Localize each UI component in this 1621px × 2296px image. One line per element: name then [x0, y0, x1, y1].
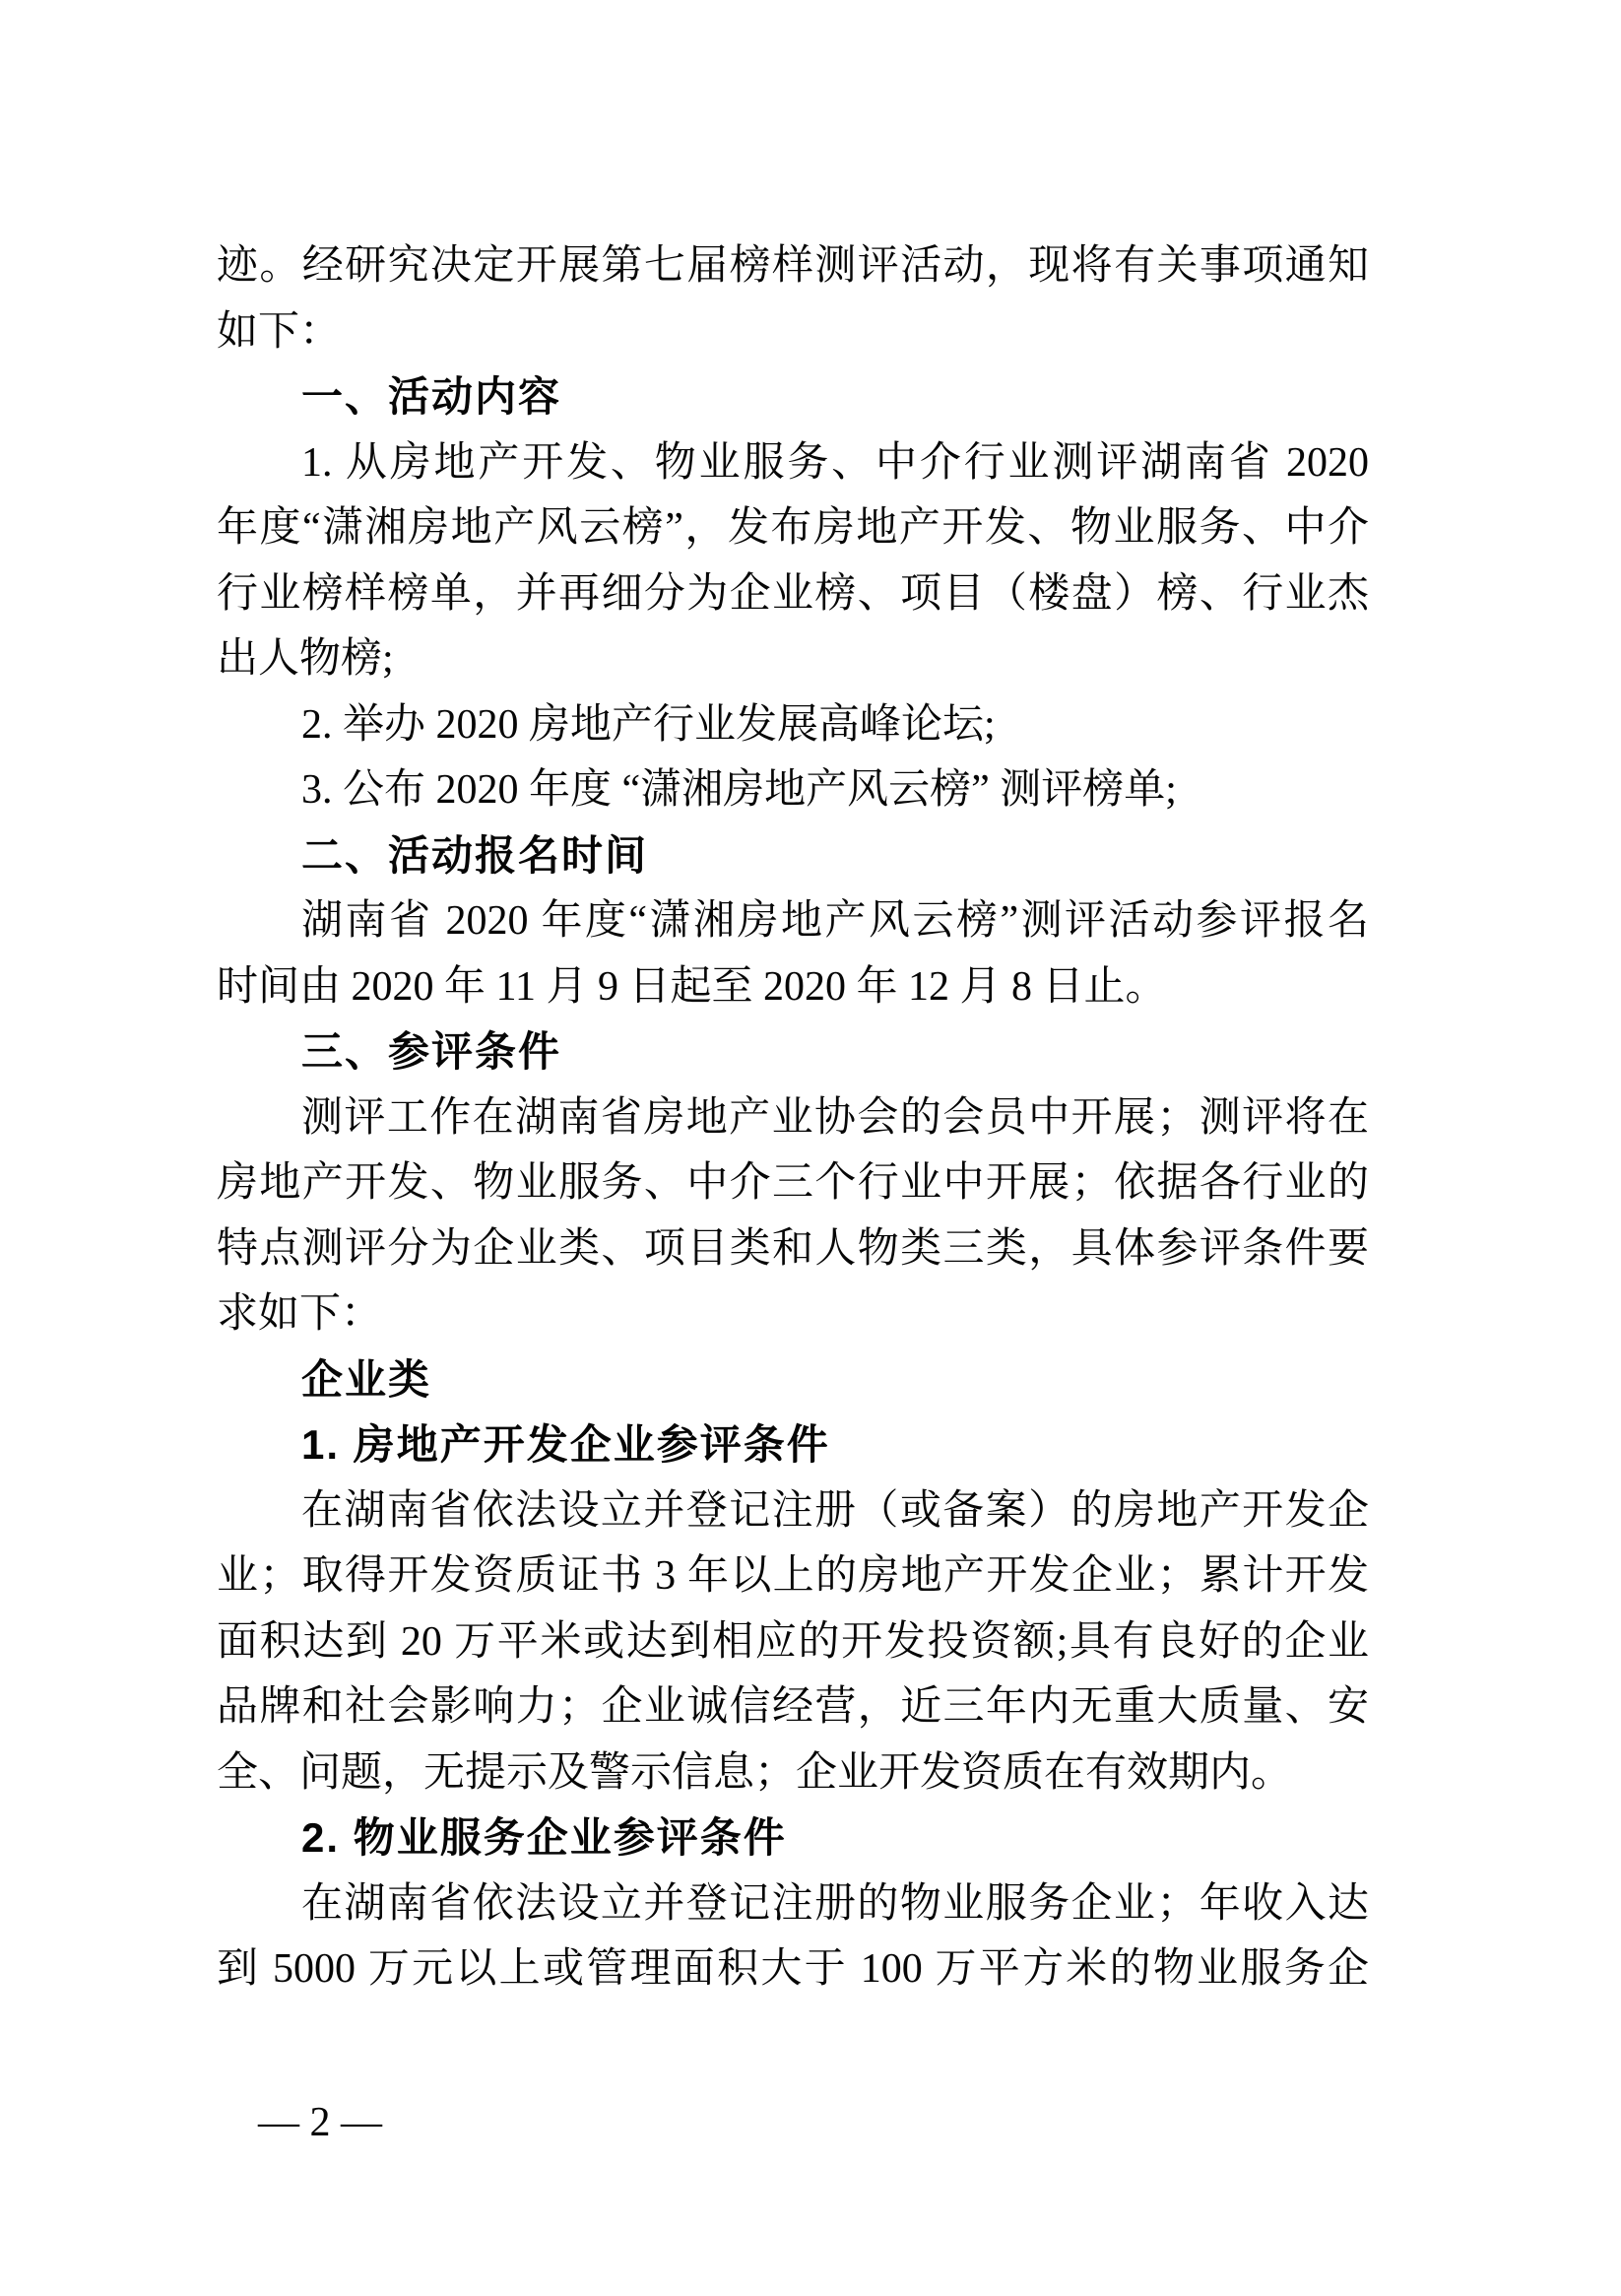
- doc-line: 年度“潇湘房地产风云榜”，发布房地产开发、物业服务、中介: [217, 495, 1369, 561]
- doc-line: 到 5000 万元以上或管理面积大于 100 万平方米的物业服务企: [217, 1936, 1369, 2002]
- heading-property-service-conditions: 2. 物业服务企业参评条件: [217, 1805, 1369, 1871]
- doc-line: 面积达到 20 万平米或达到相应的开发投资额;具有良好的企业: [217, 1609, 1369, 1675]
- doc-line: 行业榜样榜单，并再细分为企业榜、项目（楼盘）榜、行业杰: [217, 561, 1369, 627]
- page-number: — 2 —: [258, 2094, 382, 2151]
- heading-1-activity-content: 一、活动内容: [217, 364, 1369, 430]
- doc-line: 2. 举办 2020 房地产行业发展高峰论坛;: [217, 692, 1369, 758]
- heading-enterprise-category: 企业类: [217, 1347, 1369, 1413]
- doc-line: 时间由 2020 年 11 月 9 日起至 2020 年 12 月 8 日止。: [217, 954, 1369, 1020]
- doc-line: 在湖南省依法设立并登记注册的物业服务企业；年收入达: [217, 1871, 1369, 1937]
- doc-line: 全、问题，无提示及警示信息；企业开发资质在有效期内。: [217, 1740, 1369, 1806]
- document-page: 迹。经研究决定开展第七届榜样测评活动，现将有关事项通知 如下： 一、活动内容 1…: [0, 0, 1621, 2296]
- doc-line: 如下：: [217, 299, 1369, 365]
- doc-line: 业；取得开发资质证书 3 年以上的房地产开发企业；累计开发: [217, 1543, 1369, 1609]
- heading-developer-conditions: 1. 房地产开发企业参评条件: [217, 1412, 1369, 1478]
- doc-line: 房地产开发、物业服务、中介三个行业中开展；依据各行业的: [217, 1150, 1369, 1216]
- heading-2-registration-time: 二、活动报名时间: [217, 823, 1369, 889]
- doc-line: 特点测评分为企业类、项目类和人物类三类，具体参评条件要: [217, 1216, 1369, 1282]
- doc-line: 3. 公布 2020 年度 “潇湘房地产风云榜” 测评榜单;: [217, 757, 1369, 823]
- heading-3-participation-conditions: 三、参评条件: [217, 1019, 1369, 1085]
- doc-line: 迹。经研究决定开展第七届榜样测评活动，现将有关事项通知: [217, 233, 1369, 299]
- doc-line: 出人物榜;: [217, 626, 1369, 692]
- doc-line: 测评工作在湖南省房地产业协会的会员中开展；测评将在: [217, 1085, 1369, 1151]
- doc-line: 1. 从房地产开发、物业服务、中介行业测评湖南省 2020: [217, 430, 1369, 496]
- doc-line: 品牌和社会影响力；企业诚信经营，近三年内无重大质量、安: [217, 1674, 1369, 1740]
- document-text-block: 迹。经研究决定开展第七届榜样测评活动，现将有关事项通知 如下： 一、活动内容 1…: [217, 233, 1369, 2002]
- doc-line: 湖南省 2020 年度“潇湘房地产风云榜”测评活动参评报名: [217, 888, 1369, 954]
- doc-line: 求如下：: [217, 1281, 1369, 1347]
- doc-line: 在湖南省依法设立并登记注册（或备案）的房地产开发企: [217, 1478, 1369, 1544]
